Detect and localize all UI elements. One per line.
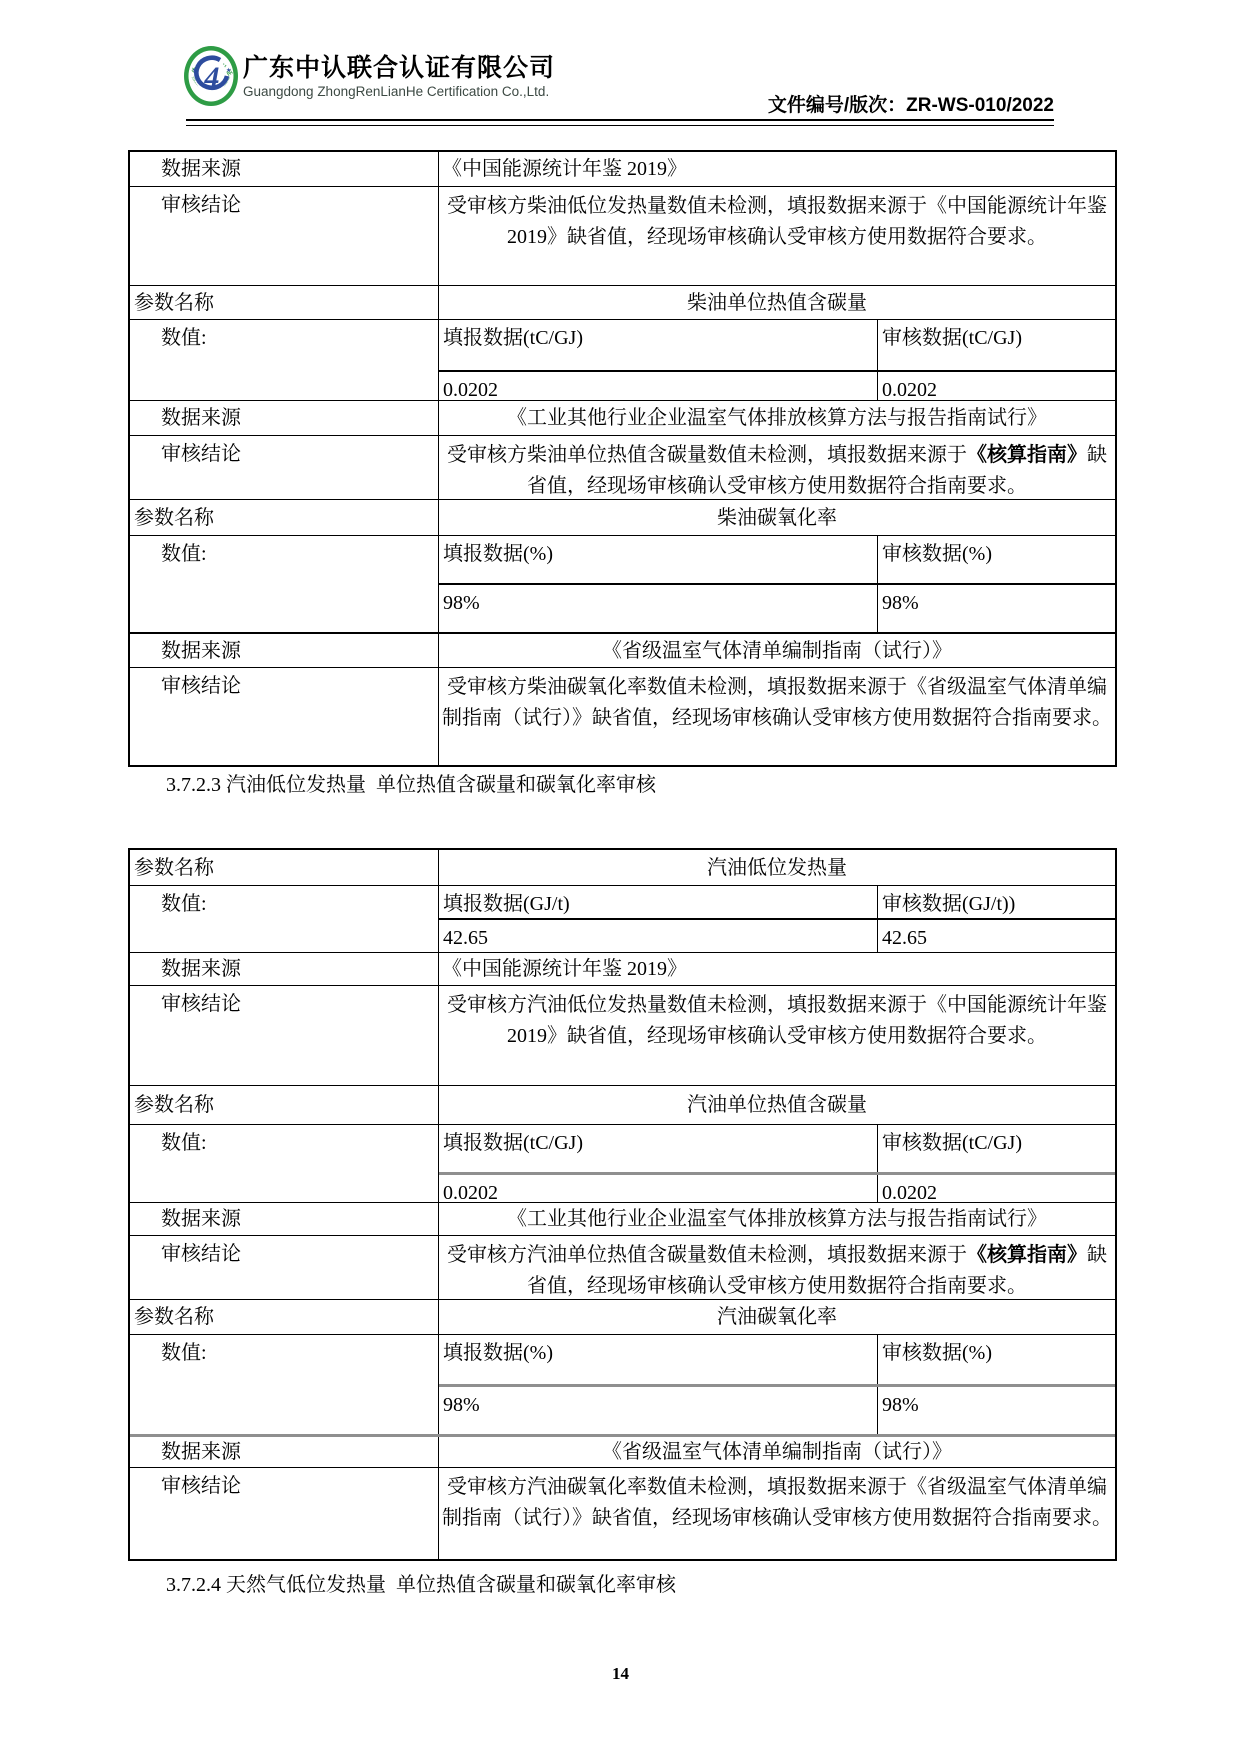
reported-data-header: 填报数据(%)	[439, 536, 877, 583]
table-row-conclusion: 审核结论受审核方柴油低位发热量数值未检测，填报数据来源于《中国能源统计年鉴 20…	[130, 186, 1115, 285]
row-label-param: 参数名称	[130, 1086, 439, 1124]
table-row-conclusion: 审核结论受审核方汽油单位热值含碳量数值未检测，填报数据来源于《核算指南》缺省值，…	[130, 1235, 1115, 1299]
value-cells: 填报数据(tC/GJ)审核数据(tC/GJ)0.02020.0202	[439, 320, 1115, 400]
conclusion-text-part: 受审核方汽油碳氧化率数值未检测，填报数据来源于《省级温室气体清单编制指南（试行）…	[442, 1476, 1112, 1529]
verified-data-value: 0.0202	[877, 372, 1115, 400]
row-label-source: 数据来源	[130, 634, 439, 667]
logo-star-right: ★	[226, 67, 231, 74]
verified-data-header: 审核数据(tC/GJ)	[877, 1125, 1115, 1172]
verified-data-header: 审核数据(GJ/t))	[877, 886, 1115, 918]
parameter-name: 柴油单位热值含碳量	[439, 286, 1115, 319]
verified-data-value: 42.65	[877, 920, 1115, 953]
table-row-source: 数据来源《工业其他行业企业温室气体排放核算方法与报告指南试行》	[130, 1202, 1115, 1235]
logo-star-left: ★	[192, 67, 197, 74]
conclusion-text-part: 受审核方汽油单位热值含碳量数值未检测，填报数据来源于	[447, 1244, 967, 1266]
row-label-source: 数据来源	[130, 401, 439, 435]
table-row-source: 数据来源《中国能源统计年鉴 2019》	[130, 952, 1115, 985]
verified-data-header: 审核数据(tC/GJ)	[877, 320, 1115, 370]
source-text: 《中国能源统计年鉴 2019》	[439, 953, 1115, 985]
row-label-value: 数值:	[130, 320, 439, 400]
source-text: 《中国能源统计年鉴 2019》	[439, 152, 1115, 186]
table-row-source: 数据来源《省级温室气体清单编制指南（试行）》	[130, 1434, 1115, 1467]
conclusion-text-part: 受审核方柴油低位发热量数值未检测，填报数据来源于《中国能源统计年鉴 2019》缺…	[447, 195, 1107, 248]
row-label-source: 数据来源	[130, 152, 439, 186]
conclusion-text-bold: 《核算指南》	[967, 1244, 1087, 1266]
table-row-source: 数据来源《中国能源统计年鉴 2019》	[130, 152, 1115, 186]
table-row-value: 数值:填报数据(GJ/t)审核数据(GJ/t))42.6542.65	[130, 885, 1115, 952]
source-text: 《工业其他行业企业温室气体排放核算方法与报告指南试行》	[439, 1203, 1115, 1235]
row-label-value: 数值:	[130, 1125, 439, 1202]
conclusion-text-part: 受审核方汽油低位发热量数值未检测，填报数据来源于《中国能源统计年鉴 2019》缺…	[447, 994, 1107, 1047]
source-text: 《省级温室气体清单编制指南（试行）》	[439, 1437, 1115, 1467]
conclusion-text: 受审核方汽油单位热值含碳量数值未检测，填报数据来源于《核算指南》缺省值，经现场审…	[439, 1236, 1115, 1299]
reported-data-value: 0.0202	[439, 1175, 877, 1202]
row-label-conclusion: 审核结论	[130, 1468, 439, 1559]
verified-data-header: 审核数据(%)	[877, 1335, 1115, 1384]
parameter-name: 柴油碳氧化率	[439, 500, 1115, 535]
table-row-conclusion: 审核结论受审核方柴油碳氧化率数值未检测，填报数据来源于《省级温室气体清单编制指南…	[130, 667, 1115, 765]
company-logo: 中认联合认证 ZHONGREN LIANHE RENZHENG 4 ★ ★	[183, 45, 239, 107]
table-row-source: 数据来源《工业其他行业企业温室气体排放核算方法与报告指南试行》	[130, 400, 1115, 435]
parameter-name: 汽油碳氧化率	[439, 1300, 1115, 1334]
verified-data-value: 98%	[877, 1387, 1115, 1434]
value-cells: 填报数据(%)审核数据(%)98%98%	[439, 1335, 1115, 1434]
section-heading-3724: 3.7.2.4 天然气低位发热量 单位热值含碳量和碳氧化率审核	[166, 1568, 676, 1597]
table-row-param: 参数名称柴油单位热值含碳量	[130, 285, 1115, 319]
parameter-name: 汽油单位热值含碳量	[439, 1086, 1115, 1124]
value-cells: 填报数据(%)审核数据(%)98%98%	[439, 536, 1115, 632]
conclusion-text-part: 受审核方柴油单位热值含碳量数值未检测，填报数据来源于	[447, 444, 967, 466]
row-label-conclusion: 审核结论	[130, 187, 439, 285]
table-row-value: 数值:填报数据(tC/GJ)审核数据(tC/GJ)0.02020.0202	[130, 319, 1115, 400]
row-label-value: 数值:	[130, 536, 439, 632]
value-header-subrow: 填报数据(%)审核数据(%)	[439, 536, 1115, 583]
value-header-subrow: 填报数据(tC/GJ)审核数据(tC/GJ)	[439, 320, 1115, 370]
row-label-value: 数值:	[130, 886, 439, 952]
conclusion-text: 受审核方柴油碳氧化率数值未检测，填报数据来源于《省级温室气体清单编制指南（试行）…	[439, 668, 1115, 765]
row-label-source: 数据来源	[130, 953, 439, 985]
verified-data-value: 98%	[877, 585, 1115, 633]
reported-data-value: 42.65	[439, 920, 877, 953]
table-row-conclusion: 审核结论受审核方柴油单位热值含碳量数值未检测，填报数据来源于《核算指南》缺省值，…	[130, 435, 1115, 499]
value-header-subrow: 填报数据(tC/GJ)审核数据(tC/GJ)	[439, 1125, 1115, 1172]
table-row-value: 数值:填报数据(%)审核数据(%)98%98%	[130, 1334, 1115, 1434]
source-text: 《省级温室气体清单编制指南（试行）》	[439, 634, 1115, 667]
logo-glyph: 4	[204, 61, 220, 94]
row-label-param: 参数名称	[130, 850, 439, 885]
reported-data-value: 98%	[439, 1387, 877, 1434]
row-label-source: 数据来源	[130, 1203, 439, 1235]
verified-data-header: 审核数据(%)	[877, 536, 1115, 583]
reported-data-header: 填报数据(GJ/t)	[439, 886, 877, 918]
value-header-subrow: 填报数据(%)审核数据(%)	[439, 1335, 1115, 1384]
row-label-conclusion: 审核结论	[130, 436, 439, 499]
reported-data-value: 0.0202	[439, 372, 877, 400]
value-data-subrow: 98%98%	[439, 1384, 1115, 1434]
value-cells: 填报数据(GJ/t)审核数据(GJ/t))42.6542.65	[439, 886, 1115, 952]
table-row-param: 参数名称柴油碳氧化率	[130, 499, 1115, 535]
value-data-subrow: 0.02020.0202	[439, 1172, 1115, 1202]
value-data-subrow: 0.02020.0202	[439, 370, 1115, 400]
verified-data-value: 0.0202	[877, 1175, 1115, 1202]
table-row-conclusion: 审核结论受审核方汽油低位发热量数值未检测，填报数据来源于《中国能源统计年鉴 20…	[130, 985, 1115, 1085]
conclusion-text-part: 受审核方柴油碳氧化率数值未检测，填报数据来源于《省级温室气体清单编制指南（试行）…	[442, 676, 1112, 729]
row-label-conclusion: 审核结论	[130, 668, 439, 765]
conclusion-text: 受审核方汽油低位发热量数值未检测，填报数据来源于《中国能源统计年鉴 2019》缺…	[439, 986, 1115, 1085]
parameter-name: 汽油低位发热量	[439, 850, 1115, 885]
table-row-param: 参数名称汽油碳氧化率	[130, 1299, 1115, 1334]
table-row-value: 数值:填报数据(tC/GJ)审核数据(tC/GJ)0.02020.0202	[130, 1124, 1115, 1202]
conclusion-text: 受审核方柴油单位热值含碳量数值未检测，填报数据来源于《核算指南》缺省值，经现场审…	[439, 436, 1115, 499]
reported-data-header: 填报数据(tC/GJ)	[439, 1125, 877, 1172]
section-heading-3723: 3.7.2.3 汽油低位发热量 单位热值含碳量和碳氧化率审核	[166, 768, 656, 797]
row-label-param: 参数名称	[130, 1300, 439, 1334]
value-cells: 填报数据(tC/GJ)审核数据(tC/GJ)0.02020.0202	[439, 1125, 1115, 1202]
company-name-en: Guangdong ZhongRenLianHe Certification C…	[243, 84, 549, 99]
table-row-param: 参数名称汽油单位热值含碳量	[130, 1085, 1115, 1124]
row-label-param: 参数名称	[130, 286, 439, 319]
page-number: 14	[0, 1664, 1241, 1684]
conclusion-text-bold: 《核算指南》	[967, 444, 1087, 466]
document-page: 中认联合认证 ZHONGREN LIANHE RENZHENG 4 ★ ★ 广东…	[0, 0, 1241, 1754]
company-name-cn: 广东中认联合认证有限公司	[243, 48, 555, 84]
document-code: 文件编号/版次：ZR-WS-010/2022	[560, 90, 1054, 117]
conclusion-text: 受审核方汽油碳氧化率数值未检测，填报数据来源于《省级温室气体清单编制指南（试行）…	[439, 1468, 1115, 1559]
reported-data-header: 填报数据(%)	[439, 1335, 877, 1384]
row-label-value: 数值:	[130, 1335, 439, 1434]
row-label-source: 数据来源	[130, 1437, 439, 1467]
table-row-param: 参数名称汽油低位发热量	[130, 850, 1115, 885]
source-text: 《工业其他行业企业温室气体排放核算方法与报告指南试行》	[439, 401, 1115, 435]
row-label-param: 参数名称	[130, 500, 439, 535]
row-label-conclusion: 审核结论	[130, 1236, 439, 1299]
audit-table-gasoline: 参数名称汽油低位发热量数值:填报数据(GJ/t)审核数据(GJ/t))42.65…	[128, 848, 1117, 1561]
value-data-subrow: 98%98%	[439, 583, 1115, 633]
table-row-value: 数值:填报数据(%)审核数据(%)98%98%	[130, 535, 1115, 632]
reported-data-value: 98%	[439, 585, 877, 633]
value-data-subrow: 42.6542.65	[439, 918, 1115, 953]
reported-data-header: 填报数据(tC/GJ)	[439, 320, 877, 370]
table-row-conclusion: 审核结论受审核方汽油碳氧化率数值未检测，填报数据来源于《省级温室气体清单编制指南…	[130, 1467, 1115, 1559]
row-label-conclusion: 审核结论	[130, 986, 439, 1085]
value-header-subrow: 填报数据(GJ/t)审核数据(GJ/t))	[439, 886, 1115, 918]
audit-table-diesel: 数据来源《中国能源统计年鉴 2019》审核结论受审核方柴油低位发热量数值未检测，…	[128, 150, 1117, 767]
header-divider	[186, 119, 1054, 126]
conclusion-text: 受审核方柴油低位发热量数值未检测，填报数据来源于《中国能源统计年鉴 2019》缺…	[439, 187, 1115, 285]
table-row-source: 数据来源《省级温室气体清单编制指南（试行）》	[130, 632, 1115, 667]
